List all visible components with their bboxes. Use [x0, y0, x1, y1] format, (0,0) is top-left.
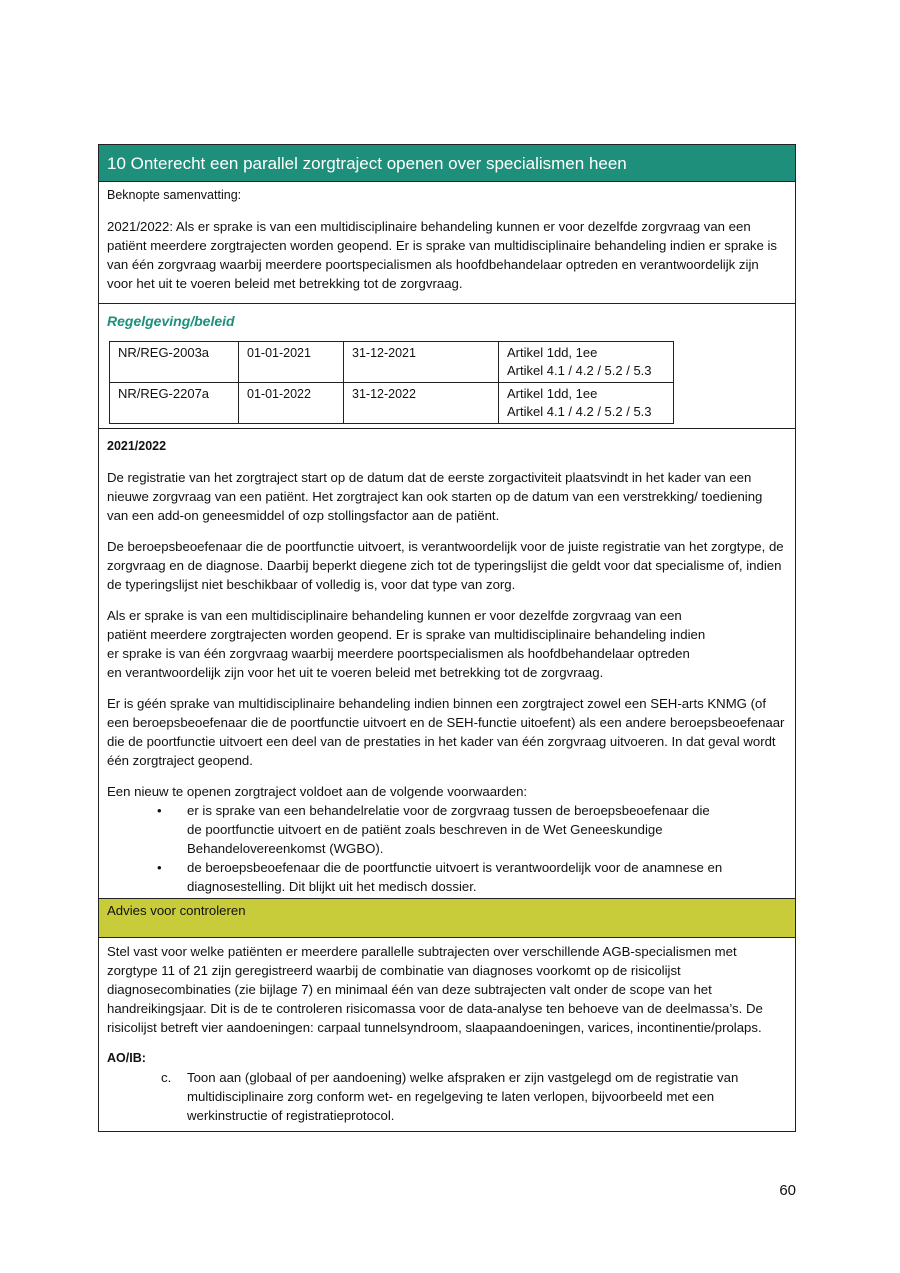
- advice-section: Stel vast voor welke patiënten er meerde…: [99, 938, 795, 1131]
- reg-start: 01-01-2022: [239, 383, 344, 424]
- summary-label: Beknopte samenvatting:: [107, 186, 787, 205]
- reg-articles: Artikel 1dd, 1eeArtikel 4.1 / 4.2 / 5.2 …: [499, 342, 674, 383]
- reg-article-line: Artikel 4.1 / 4.2 / 5.2 / 5.3: [507, 403, 665, 421]
- summary-text: 2021/2022: Als er sprake is van een mult…: [107, 217, 787, 293]
- regulation-table: NR/REG-2003a 01-01-2021 31-12-2021 Artik…: [109, 341, 674, 424]
- reg-start: 01-01-2021: [239, 342, 344, 383]
- body-paragraph: Als er sprake is van een multidisciplina…: [107, 606, 787, 682]
- reg-article-line: Artikel 1dd, 1ee: [507, 344, 665, 362]
- reg-articles: Artikel 1dd, 1eeArtikel 4.1 / 4.2 / 5.2 …: [499, 383, 674, 424]
- body-paragraph: De registratie van het zorgtraject start…: [107, 468, 787, 525]
- advice-text: Stel vast voor welke patiënten er meerde…: [107, 942, 787, 1037]
- body-paragraph: De beroepsbeoefenaar die de poortfunctie…: [107, 537, 787, 594]
- ao-item-text: Toon aan (globaal of per aandoening) wel…: [187, 1070, 738, 1123]
- ao-list: c.Toon aan (globaal of per aandoening) w…: [107, 1068, 787, 1125]
- body-paragraph: Er is géén sprake van multidisciplinaire…: [107, 694, 787, 770]
- body-section: 2021/2022 De registratie van het zorgtra…: [99, 429, 795, 899]
- reg-code: NR/REG-2207a: [110, 383, 239, 424]
- regulation-section: Regelgeving/beleid NR/REG-2003a 01-01-20…: [99, 304, 795, 429]
- reg-code: NR/REG-2003a: [110, 342, 239, 383]
- section-box: 10 Onterecht een parallel zorgtraject op…: [98, 144, 796, 1132]
- list-item: er is sprake van een behandelrelatie voo…: [187, 801, 787, 858]
- reg-end: 31-12-2022: [344, 383, 499, 424]
- advice-heading: Advies voor controleren: [99, 899, 795, 938]
- page-number: 60: [779, 1182, 796, 1199]
- list-item: de beroepsbeoefenaar die de poortfunctie…: [187, 858, 787, 896]
- reg-article-line: Artikel 4.1 / 4.2 / 5.2 / 5.3: [507, 362, 665, 380]
- ao-label: AO/IB:: [107, 1049, 787, 1068]
- conditions-list: er is sprake van een behandelrelatie voo…: [107, 801, 787, 896]
- table-row: NR/REG-2207a 01-01-2022 31-12-2022 Artik…: [110, 383, 674, 424]
- list-marker: c.: [161, 1068, 171, 1087]
- conditions-intro: Een nieuw te openen zorgtraject voldoet …: [107, 782, 787, 801]
- section-title: 10 Onterecht een parallel zorgtraject op…: [99, 145, 795, 182]
- reg-end: 31-12-2021: [344, 342, 499, 383]
- summary-section: Beknopte samenvatting: 2021/2022: Als er…: [99, 182, 795, 304]
- year-label: 2021/2022: [107, 437, 787, 456]
- reg-article-line: Artikel 1dd, 1ee: [507, 385, 665, 403]
- list-item: c.Toon aan (globaal of per aandoening) w…: [187, 1068, 787, 1125]
- regulation-heading: Regelgeving/beleid: [107, 312, 787, 331]
- table-row: NR/REG-2003a 01-01-2021 31-12-2021 Artik…: [110, 342, 674, 383]
